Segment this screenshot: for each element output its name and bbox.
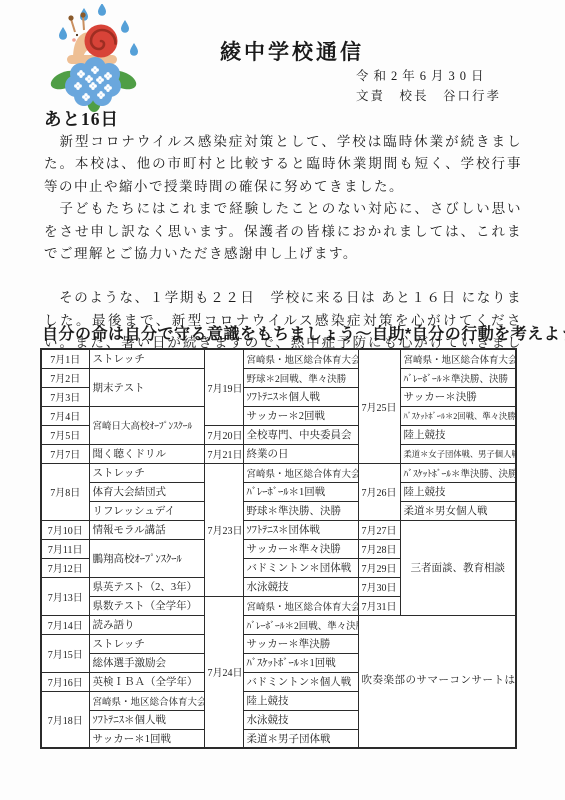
schedule-date-cell: 7月25日 <box>358 349 400 463</box>
schedule-event-cell: 宮崎県・地区総合体育大会 <box>400 349 516 368</box>
schedule-event-cell: サッカー＊2回戦 <box>243 406 358 425</box>
schedule-event-cell: 体育大会結団式 <box>89 482 204 501</box>
schedule-event-cell: 水泳競技 <box>243 577 358 596</box>
schedule-date-cell: 7月29日 <box>358 558 400 577</box>
schedule-event-cell: リフレッシュデイ <box>89 501 204 520</box>
schedule-row: リフレッシュデイ野球＊準決勝、決勝柔道＊男女個人戦 <box>41 501 516 520</box>
schedule-event-cell: 柔道＊女子団体戦、男子個人戦 <box>400 444 516 463</box>
schedule-date-cell: 7月15日 <box>41 634 89 672</box>
paragraph-2: 子どもたちにはこれまで経験したことのない対応に、さびしい思いをさせ申し訳なく思い… <box>44 198 522 265</box>
schedule-date-cell: 7月16日 <box>41 672 89 691</box>
schedule-event-cell: 鵬翔高校ｵｰﾌﾟﾝｽｸｰﾙ <box>89 539 204 577</box>
schedule-event-cell: 水泳競技 <box>243 710 358 729</box>
schedule-event-cell: ﾊﾞﾚｰﾎﾞｰﾙ＊準決勝、決勝 <box>400 368 516 387</box>
schedule-event-cell: 終業の日 <box>243 444 358 463</box>
schedule-event-cell: 野球＊2回戦、準々決勝 <box>243 368 358 387</box>
schedule-date-cell: 7月26日 <box>358 463 400 520</box>
schedule-date-cell: 7月18日 <box>41 691 89 748</box>
schedule-date-cell: 7月31日 <box>358 596 400 615</box>
schedule-event-cell: 宮崎県・地区総合体育大会 <box>243 596 358 615</box>
schedule-event-cell: 総体選手激励会 <box>89 653 204 672</box>
schedule-event-cell: 読み語り <box>89 615 204 634</box>
schedule-date-cell: 7月27日 <box>358 520 400 539</box>
schedule-event-cell: サッカー＊準決勝 <box>243 634 358 653</box>
hydrangea-flower <box>65 57 121 106</box>
schedule-event-cell: 陸上競技 <box>243 691 358 710</box>
schedule-body: 7月1日ストレッチ7月19日宮崎県・地区総合体育大会7月25日宮崎県・地区総合体… <box>41 349 516 748</box>
schedule-event-cell: 期末テスト <box>89 368 204 406</box>
safety-slogan: 自分の命は自分で守る意識をもちましょう～自助*自分の行動を考えよう～ <box>42 321 523 344</box>
schedule-row: 7月2日期末テスト野球＊2回戦、準々決勝ﾊﾞﾚｰﾎﾞｰﾙ＊準決勝、決勝 <box>41 368 516 387</box>
schedule-event-cell: 宮崎日大高校ｵｰﾌﾟﾝｽｸｰﾙ <box>89 406 204 444</box>
schedule-event-cell: ﾊﾞﾚｰﾎﾞｰﾙ＊1回戦 <box>243 482 358 501</box>
schedule-row: 7月7日聞く聴くドリル7月21日終業の日柔道＊女子団体戦、男子個人戦 <box>41 444 516 463</box>
schedule-date-cell: 7月2日 <box>41 368 89 387</box>
schedule-event-cell: サッカー＊決勝 <box>400 387 516 406</box>
schedule-event-cell: ストレッチ <box>89 634 204 653</box>
schedule-event-cell: ﾊﾞﾚｰﾎﾞｰﾙ＊2回戦、準々決勝 <box>243 615 358 634</box>
schedule-event-cell: 英検ＩＢＡ（全学年） <box>89 672 204 691</box>
newsletter-title: 綾中学校通信 <box>220 36 364 66</box>
schedule-event-cell: ﾊﾞｽｹｯﾄﾎﾞｰﾙ＊1回戦 <box>243 653 358 672</box>
schedule-event-cell: 宮崎県・地区総合体育大会 <box>89 691 204 710</box>
schedule-date-cell: 7月7日 <box>41 444 89 463</box>
schedule-event-cell: ストレッチ <box>89 349 204 368</box>
july-schedule-table: 7月1日ストレッチ7月19日宮崎県・地区総合体育大会7月25日宮崎県・地区総合体… <box>40 348 517 749</box>
author-line: 文責 校長 谷口行孝 <box>356 86 501 104</box>
schedule-date-cell: 7月21日 <box>204 444 243 463</box>
schedule-event-cell: サッカー＊準々決勝 <box>243 539 358 558</box>
schedule-date-cell: 7月20日 <box>204 425 243 444</box>
schedule-date-cell: 7月28日 <box>358 539 400 558</box>
schedule-row: 体育大会結団式ﾊﾞﾚｰﾎﾞｰﾙ＊1回戦陸上競技 <box>41 482 516 501</box>
schedule-date-cell: 7月3日 <box>41 387 89 406</box>
lead-heading: あと16日 <box>44 106 119 131</box>
schedule-event-cell: 県英テスト（2、3年） <box>89 577 204 596</box>
newsletter-page: 綾中学校通信 令和2年6月30日 文責 校長 谷口行孝 あと16日 新型コロナウ… <box>0 0 565 800</box>
schedule-row: 7月14日読み語りﾊﾞﾚｰﾎﾞｰﾙ＊2回戦、準々決勝吹奏楽部のサマーコンサートは… <box>41 615 516 634</box>
schedule-date-cell: 7月12日 <box>41 558 89 577</box>
schedule-row: 7月1日ストレッチ7月19日宮崎県・地区総合体育大会7月25日宮崎県・地区総合体… <box>41 349 516 368</box>
snail-hydrangea-illustration <box>48 4 140 112</box>
schedule-event-cell: 三者面談、教育相談 <box>400 520 516 615</box>
paragraph-1: 新型コロナウイルス感染症対策として、学校は臨時休業が続きました。本校は、他の市町… <box>44 131 522 198</box>
schedule-date-cell: 7月4日 <box>41 406 89 425</box>
schedule-event-cell: ｿﾌﾄﾃﾆｽ＊個人戦 <box>89 710 204 729</box>
schedule-event-cell: 柔道＊男子団体戦 <box>243 729 358 748</box>
schedule-event-cell: ﾊﾞｽｹｯﾄﾎﾞｰﾙ＊準決勝、決勝 <box>400 463 516 482</box>
schedule-event-cell: サッカー＊1回戦 <box>89 729 204 748</box>
schedule-date-cell: 7月14日 <box>41 615 89 634</box>
schedule-date-cell: 7月5日 <box>41 425 89 444</box>
schedule-note-cell: 吹奏楽部のサマーコンサートは24日か25日に予定されています。 <box>358 615 516 748</box>
schedule-event-cell: 宮崎県・地区総合体育大会 <box>243 463 358 482</box>
schedule-row: 7月8日ストレッチ7月23日宮崎県・地区総合体育大会7月26日ﾊﾞｽｹｯﾄﾎﾞｰ… <box>41 463 516 482</box>
schedule-date-cell: 7月24日 <box>204 596 243 748</box>
schedule-row: 7月10日情報モラル講話ｿﾌﾄﾃﾆｽ＊団体戦7月27日三者面談、教育相談 <box>41 520 516 539</box>
schedule-event-cell: ﾊﾞｽｹｯﾄﾎﾞｰﾙ＊2回戦、準々決勝 <box>400 406 516 425</box>
schedule-event-cell: 情報モラル講話 <box>89 520 204 539</box>
schedule-event-cell: 柔道＊男女個人戦 <box>400 501 516 520</box>
schedule-date-cell: 7月1日 <box>41 349 89 368</box>
schedule-event-cell: ｿﾌﾄﾃﾆｽ＊個人戦 <box>243 387 358 406</box>
issue-date: 令和2年6月30日 <box>356 66 489 84</box>
schedule-event-cell: 聞く聴くドリル <box>89 444 204 463</box>
schedule-event-cell: ストレッチ <box>89 463 204 482</box>
schedule-date-cell: 7月8日 <box>41 463 89 520</box>
schedule-event-cell: バドミントン＊個人戦 <box>243 672 358 691</box>
schedule-event-cell: バドミントン＊団体戦 <box>243 558 358 577</box>
schedule-date-cell: 7月13日 <box>41 577 89 615</box>
snail-shell <box>85 25 118 58</box>
schedule-date-cell: 7月11日 <box>41 539 89 558</box>
schedule-event-cell: 宮崎県・地区総合体育大会 <box>243 349 358 368</box>
schedule-date-cell: 7月23日 <box>204 463 243 596</box>
schedule-date-cell: 7月10日 <box>41 520 89 539</box>
schedule-event-cell: 県数テスト（全学年） <box>89 596 204 615</box>
schedule-event-cell: 陸上競技 <box>400 425 516 444</box>
schedule-row: 7月4日宮崎日大高校ｵｰﾌﾟﾝｽｸｰﾙサッカー＊2回戦ﾊﾞｽｹｯﾄﾎﾞｰﾙ＊2回… <box>41 406 516 425</box>
schedule-event-cell: ｿﾌﾄﾃﾆｽ＊団体戦 <box>243 520 358 539</box>
schedule-date-cell: 7月19日 <box>204 349 243 425</box>
schedule-event-cell: 陸上競技 <box>400 482 516 501</box>
schedule-date-cell: 7月30日 <box>358 577 400 596</box>
schedule-event-cell: 野球＊準決勝、決勝 <box>243 501 358 520</box>
schedule-event-cell: 全校専門、中央委員会 <box>243 425 358 444</box>
